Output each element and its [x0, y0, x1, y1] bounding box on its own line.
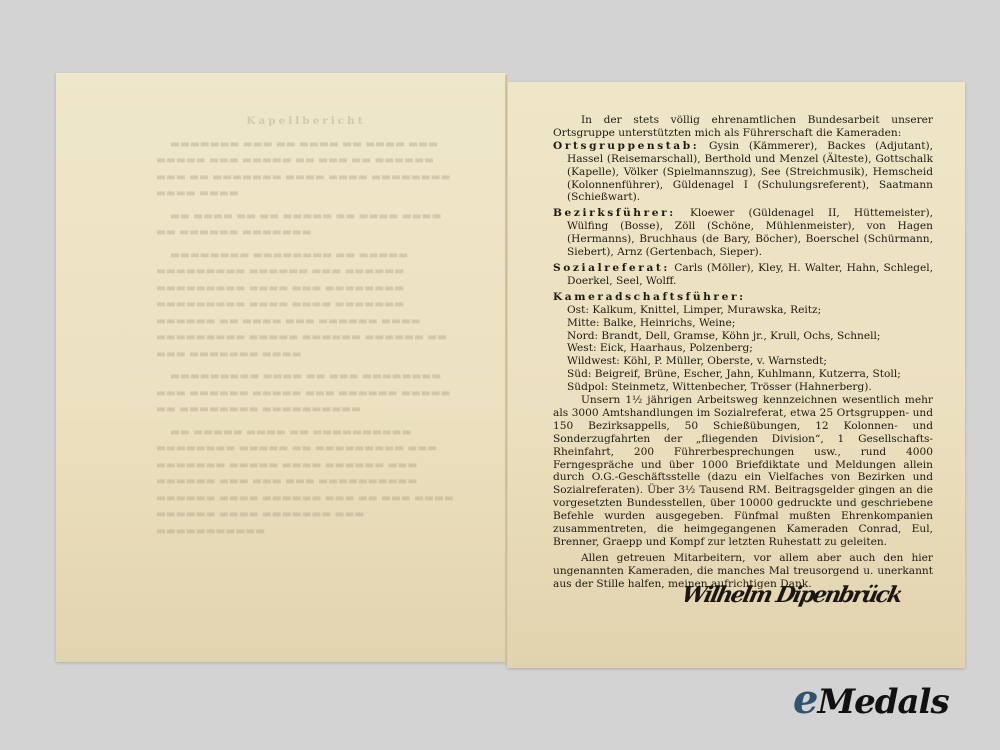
ghost-paragraph: ▬▬▬▬▬▬▬▬ ▬▬▬▬▬▬▬▬ ▬▬ ▬▬▬▬▬ ▬▬▬▬▬▬▬▬▬ ▬▬▬… — [156, 247, 456, 363]
ghost-paragraph: ▬▬ ▬▬▬▬ ▬▬ ▬▬ ▬▬▬▬▬ ▬▬ ▬▬▬▬ ▬▬▬▬ ▬▬ ▬▬▬▬… — [156, 208, 456, 241]
ghost-paragraph: ▬▬▬▬▬▬▬ ▬▬▬ ▬▬ ▬▬▬▬ ▬▬ ▬▬▬▬ ▬▬▬ ▬▬▬▬▬ ▬▬… — [156, 136, 456, 202]
section-label: Bezirksführer: — [553, 207, 676, 219]
ghost-paragraph: ▬▬▬▬▬▬▬▬▬ ▬▬▬▬ ▬▬ ▬▬▬ ▬▬▬▬▬▬▬▬ ▬▬▬ ▬▬▬▬▬… — [156, 368, 456, 418]
logo-e: e — [793, 676, 817, 723]
kameradschaft-west: West: Eick, Haarhaus, Polzenberg; — [553, 342, 933, 355]
kameradschaft-ost: Ost: Kalkum, Knittel, Limper, Murawska, … — [553, 304, 933, 317]
work-paragraph: Unsern 1½ jährigen Arbeitsweg kennzeichn… — [553, 394, 933, 549]
kameradschaft-nord: Nord: Brandt, Dell, Gramse, Köhn jr., Kr… — [553, 330, 933, 343]
right-page: In der stets völlig ehrenamtlichen Bunde… — [507, 82, 965, 668]
ghost-paragraph: ▬▬ ▬▬▬▬▬ ▬▬▬▬ ▬▬ ▬▬▬▬▬▬▬▬▬▬ ▬▬▬▬▬▬▬▬ ▬▬▬… — [156, 424, 456, 540]
logo-text: Medals — [817, 682, 948, 722]
section-label: Kameradschaftsführer: — [553, 291, 746, 303]
ghost-title: Kapellbericht — [156, 113, 456, 130]
booklet-fold — [505, 75, 508, 665]
kameradschaft-mitte: Mitte: Balke, Heinrichs, Weine; — [553, 317, 933, 330]
intro-paragraph: In der stets völlig ehrenamtlichen Bunde… — [553, 114, 933, 140]
bezirksfuehrer-section: Bezirksführer: Kloewer (Güldenagel II, H… — [553, 207, 933, 259]
section-label: Ortsgruppenstab: — [553, 140, 699, 152]
sozialreferat-section: Sozialreferat: Carls (Möller), Kley, H. … — [553, 262, 933, 288]
kameradschaftsfuehrer-label: Kameradschaftsführer: — [553, 291, 933, 304]
page-text: In der stets völlig ehrenamtlichen Bunde… — [553, 114, 933, 591]
kameradschaft-sued: Süd: Beigreif, Brüne, Escher, Jahn, Kuhl… — [553, 368, 933, 381]
left-page: Kapellbericht ▬▬▬▬▬▬▬ ▬▬▬ ▬▬ ▬▬▬▬ ▬▬ ▬▬▬… — [56, 73, 506, 662]
bleed-through-text: Kapellbericht ▬▬▬▬▬▬▬ ▬▬▬ ▬▬ ▬▬▬▬ ▬▬ ▬▬▬… — [156, 113, 456, 545]
kameradschaft-suedpol: Südpol: Steinmetz, Wittenbecher, Trösser… — [553, 381, 933, 394]
kameradschaft-wildwest: Wildwest: Köhl, P. Müller, Oberste, v. W… — [553, 355, 933, 368]
section-label: Sozialreferat: — [553, 262, 670, 274]
ortsgruppenstab-section: Ortsgruppenstab: Gysin (Kämmerer), Backe… — [553, 140, 933, 205]
emedals-watermark-logo: eMedals — [793, 676, 949, 723]
signature: Wilhelm Dipenbrück — [679, 582, 903, 608]
